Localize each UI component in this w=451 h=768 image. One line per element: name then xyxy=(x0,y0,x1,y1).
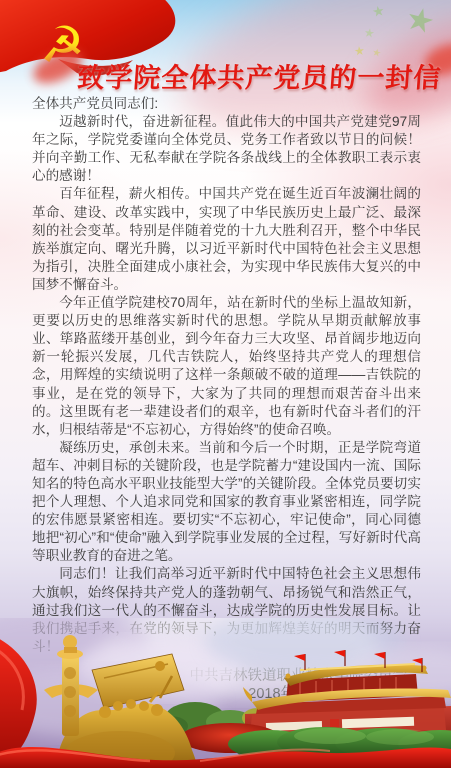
letter-paragraph: 今年正值学院建校70周年，站在新时代的坐标上温故知新，更要以历史的思维落实新时代… xyxy=(32,294,421,439)
star-icon: ★ xyxy=(371,3,386,19)
bottom-scene-art xyxy=(0,618,451,768)
poster-title: 致学院全体共产党员的一封信 xyxy=(0,56,451,95)
party-letter-poster: ★ ★ ★ ★ ★ ☭ 致学院全体共产党员的一封信 全体共产党员同志们: 迈越新… xyxy=(0,0,451,768)
letter-paragraph: 百年征程，薪火相传。中国共产党在诞生近百年波澜壮阔的革命、建设、改革实践中，实现… xyxy=(32,185,421,294)
letter-salutation: 全体共产党员同志们: xyxy=(32,95,421,113)
letter-body: 全体共产党员同志们: 迈越新时代，奋进新征程。值此伟大的中国共产党建党97周年之… xyxy=(32,95,421,703)
star-icon: ★ xyxy=(363,26,375,39)
letter-paragraph: 迈越新时代，奋进新征程。值此伟大的中国共产党建党97周年之际，学院党委谨向全体党… xyxy=(32,113,421,185)
letter-paragraph: 凝练历史，承创未来。当前和今后一个时期，正是学院弯道超车、冲刺目标的关键阶段，也… xyxy=(32,439,421,566)
